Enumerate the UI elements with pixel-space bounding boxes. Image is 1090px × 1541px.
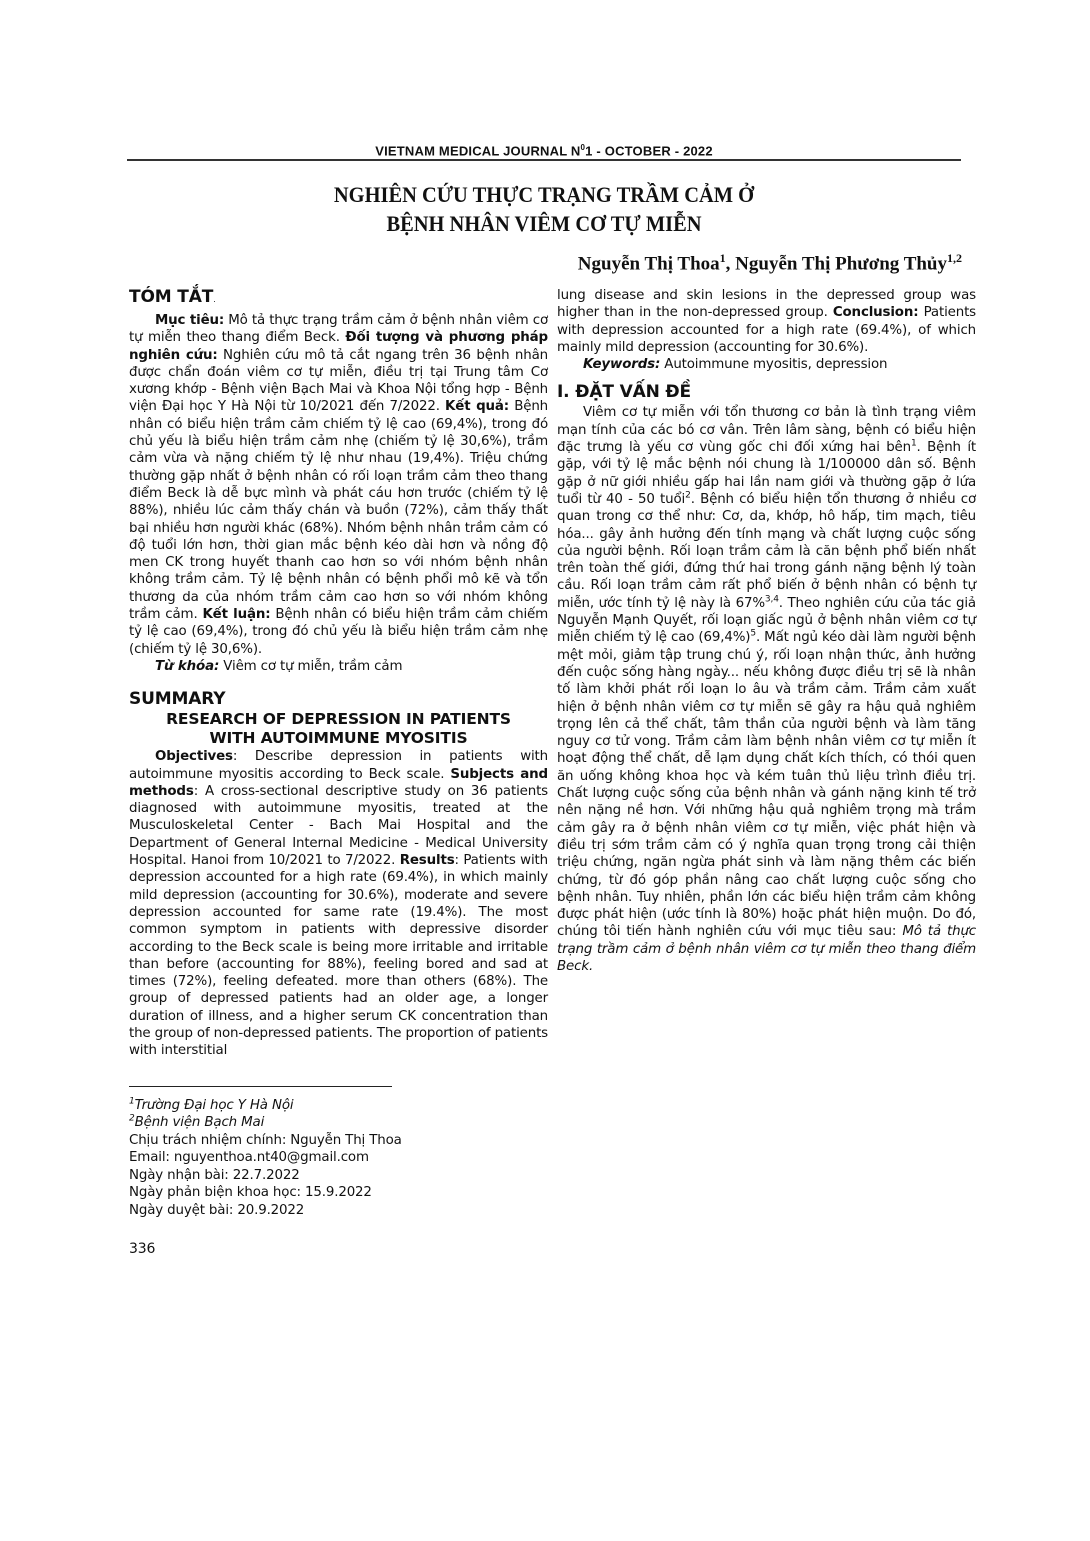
footnotes: 1Trường Đại học Y Hà Nội 2Bệnh viện Bạch… (129, 1097, 548, 1220)
summary-body-continued: lung disease and skin lesions in the dep… (557, 287, 976, 356)
journal-name: VIETNAM MEDICAL JOURNAL N (375, 143, 580, 158)
summary-title-line-2: WITH AUTOIMMUNE MYOSITIS (129, 729, 548, 748)
left-column: TÓM TẮT. Mục tiêu: Mô tả thực trạng trầm… (129, 287, 548, 1258)
keywords-vi-text: Viêm cơ tự miễn, trầm cảm (219, 659, 402, 674)
abstract-vi-body: Mục tiêu: Mô tả thực trạng trầm cảm ở bệ… (129, 312, 548, 658)
right-column: lung disease and skin lesions in the dep… (557, 287, 976, 975)
intro-paragraph: Viêm cơ tự miễn với tổn thương cơ bản là… (557, 404, 976, 975)
header-rule (127, 159, 961, 161)
author-list: Nguyễn Thị Thoa1, Nguyễn Thị Phương Thủy… (578, 251, 962, 275)
conclusion-label: Kết luận: (202, 607, 270, 622)
summary-results-label: Results (400, 853, 455, 868)
affiliation-2: 2Bệnh viện Bạch Mai (129, 1114, 548, 1132)
objective-label: Mục tiêu: (155, 313, 224, 328)
date-accepted: Ngày duyệt bài: 20.9.2022 (129, 1202, 548, 1220)
summary-heading: SUMMARY (129, 689, 548, 710)
footnote-rule (129, 1086, 392, 1087)
affiliation-1: 1Trường Đại học Y Hà Nội (129, 1097, 548, 1115)
summary-title: RESEARCH OF DEPRESSION IN PATIENTS WITH … (129, 710, 548, 748)
abstract-vi-heading-text: TÓM TẮT (129, 287, 213, 307)
citation-3-4: 3,4 (765, 594, 779, 604)
affiliation-1-text: Trường Đại học Y Hà Nội (135, 1098, 294, 1113)
page-number: 336 (129, 1241, 548, 1258)
summary-body: Objectives: Describe depression in patie… (129, 748, 548, 1059)
author-2-affiliation: 1,2 (947, 251, 962, 265)
affiliation-2-text: Bệnh viện Bạch Mai (135, 1115, 265, 1130)
keywords-en-label: Keywords: (583, 357, 660, 372)
abstract-vi-heading: TÓM TẮT. (129, 287, 548, 310)
date-reviewed: Ngày phản biện khoa học: 15.9.2022 (129, 1184, 548, 1202)
intro-text-c: . Bệnh có biểu hiện tổn thương ở nhiều c… (557, 492, 976, 611)
corresponding-email: Email: nguyenthoa.nt40@gmail.com (129, 1149, 548, 1167)
results-label: Kết quả: (445, 399, 509, 414)
title-line-2: BỆNH NHÂN VIÊM CƠ TỰ MIỄN (156, 209, 932, 238)
summary-results-text: : Patients with depression accounted for… (129, 853, 548, 1058)
author-1: Nguyễn Thị Thoa (578, 253, 720, 274)
keywords-en-text: Autoimmune myositis, depression (660, 357, 887, 372)
author-2: Nguyễn Thị Phương Thủy (735, 253, 947, 274)
running-header: VIETNAM MEDICAL JOURNAL N01 - OCTOBER - … (127, 143, 961, 158)
intro-heading: I. ĐẶT VẤN ĐỀ (557, 382, 976, 402)
author-separator: , (726, 253, 736, 274)
keywords-en: Keywords: Autoimmune myositis, depressio… (557, 356, 976, 373)
corresponding-author: Chịu trách nhiệm chính: Nguyễn Thị Thoa (129, 1132, 548, 1150)
keywords-vi-label: Từ khóa: (155, 659, 219, 674)
date-received: Ngày nhận bài: 22.7.2022 (129, 1167, 548, 1185)
heading-dot: . (213, 295, 215, 304)
results-text: Bệnh nhân có biểu hiện trầm cảm chiếm tỷ… (129, 399, 548, 622)
title-line-1: NGHIÊN CỨU THỰC TRẠNG TRẦM CẢM Ở (156, 180, 932, 209)
summary-objectives-label: Objectives (155, 749, 233, 764)
intro-text-e: . Mất ngủ kéo dài làm người bệnh mệt mỏi… (557, 630, 976, 939)
journal-issue: 1 - OCTOBER - 2022 (585, 143, 713, 158)
summary-title-line-1: RESEARCH OF DEPRESSION IN PATIENTS (129, 710, 548, 729)
article-title: NGHIÊN CỨU THỰC TRẠNG TRẦM CẢM Ở BỆNH NH… (156, 180, 932, 238)
keywords-vi: Từ khóa: Viêm cơ tự miễn, trầm cảm (129, 658, 548, 675)
summary-conclusion-label: Conclusion: (833, 305, 919, 320)
